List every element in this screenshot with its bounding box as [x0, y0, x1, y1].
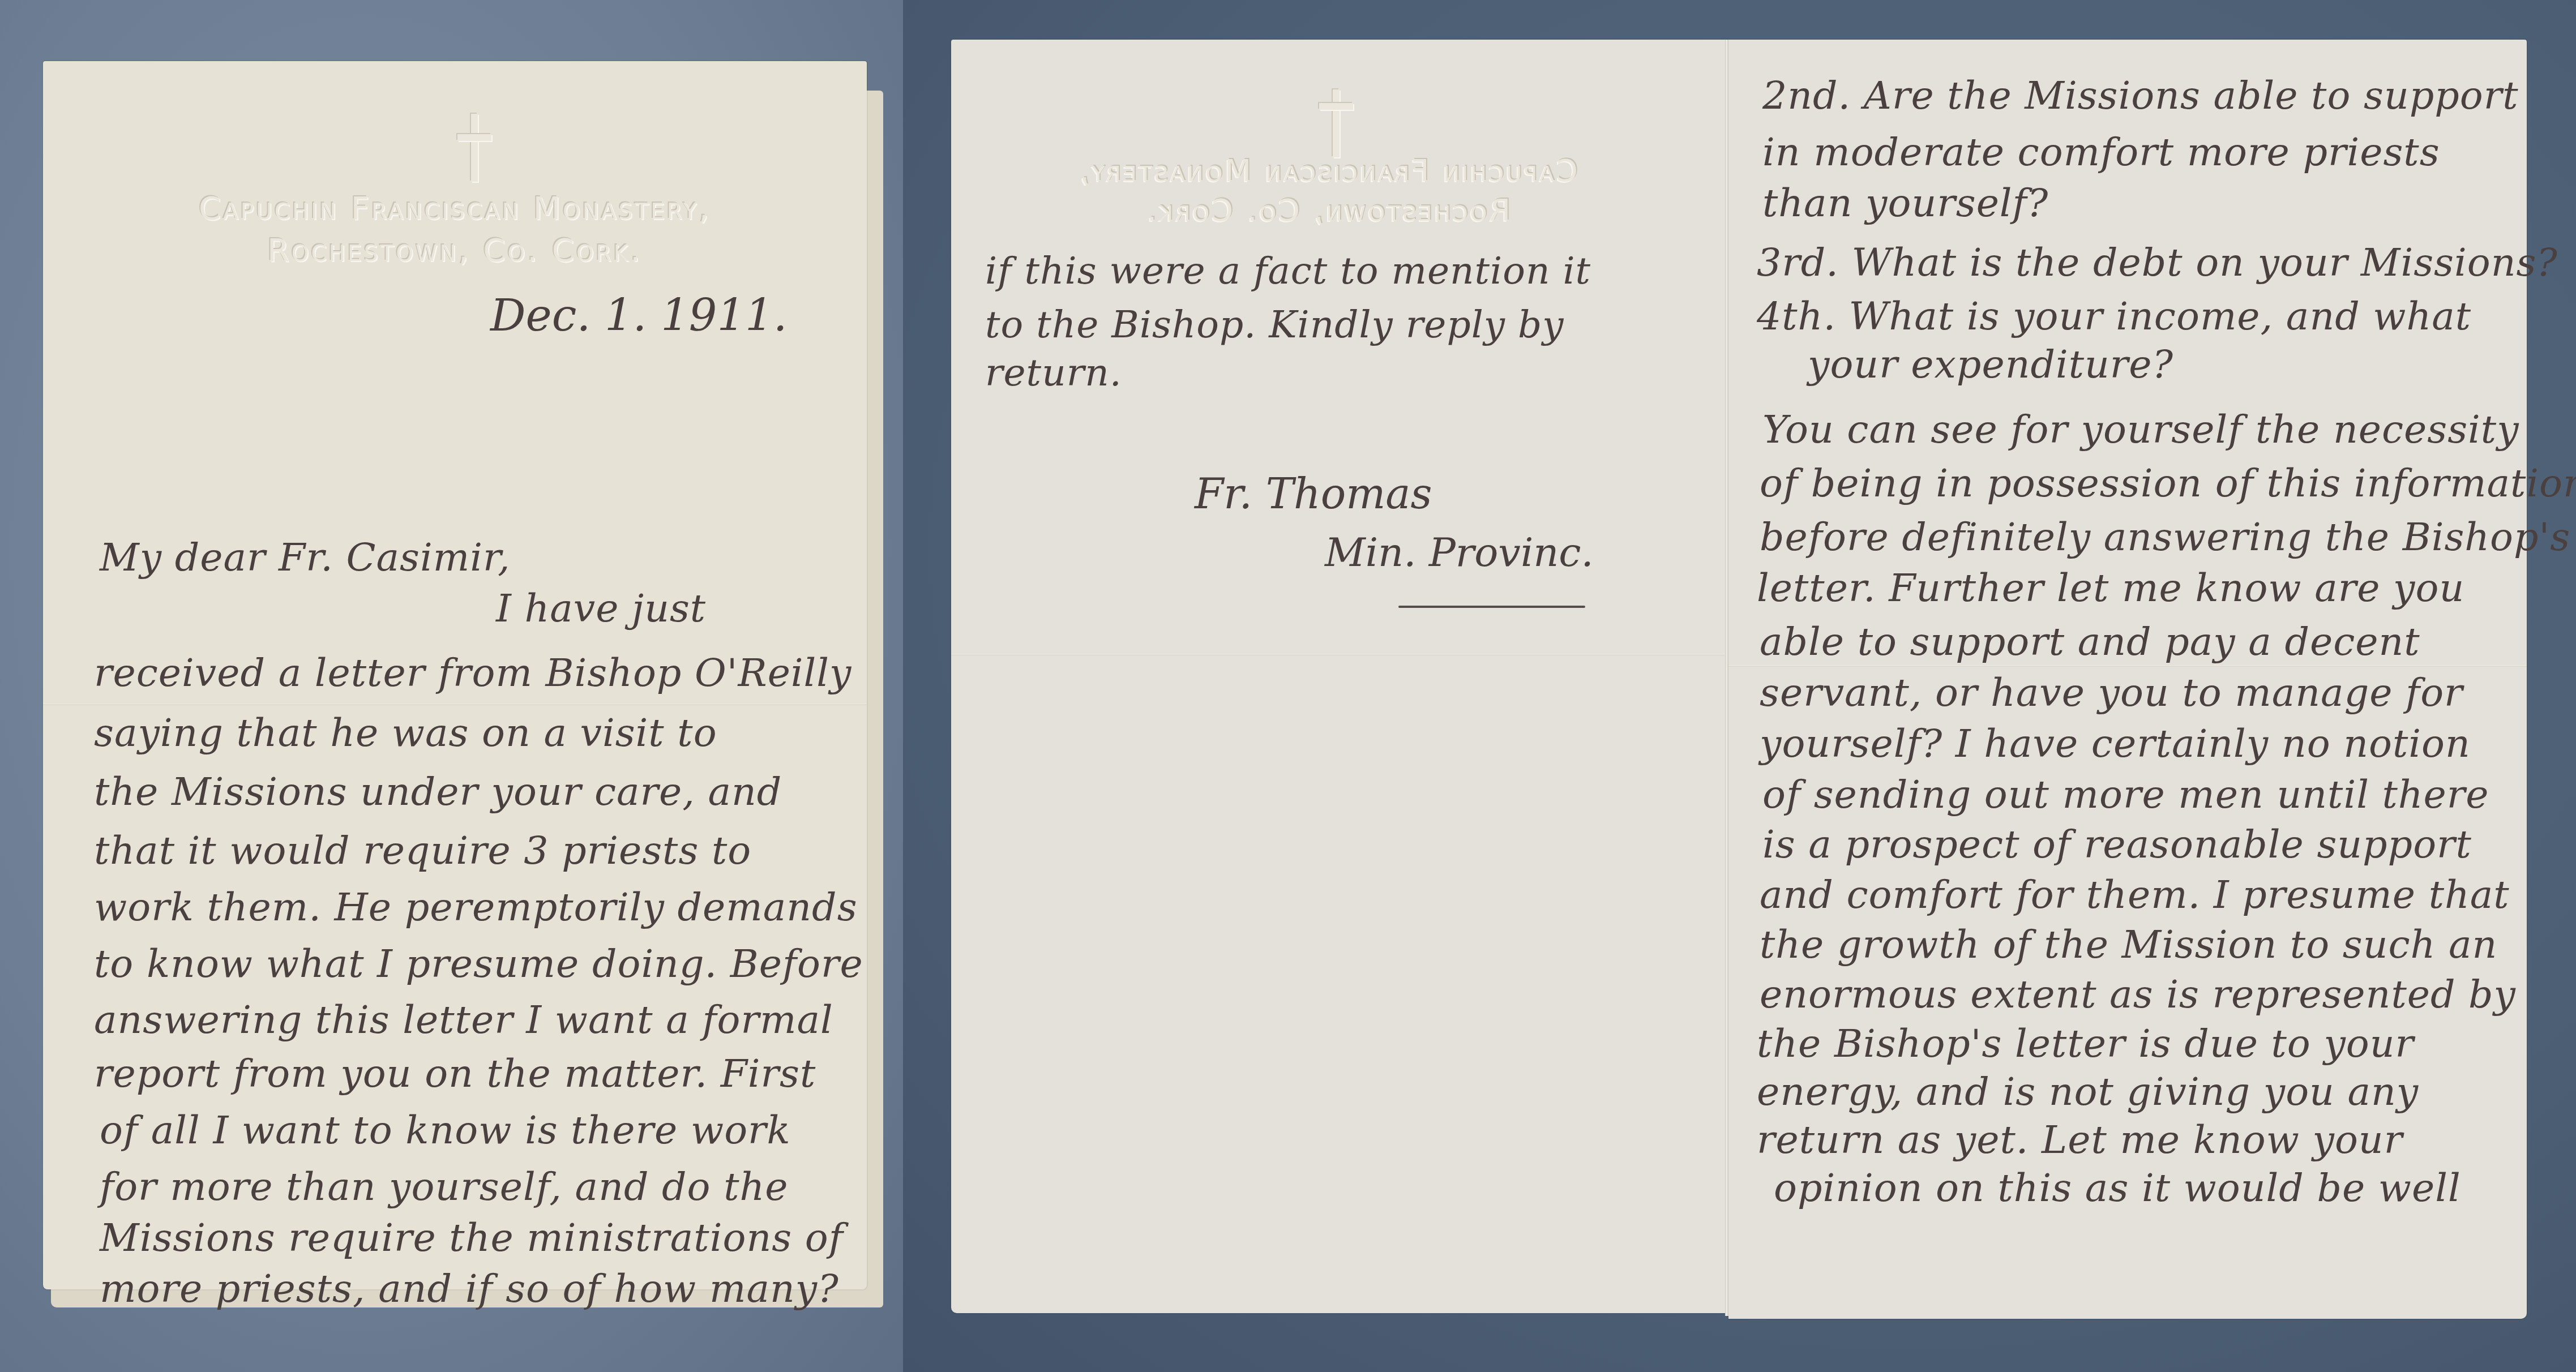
body-line: yourself? I have certainly no notion [1760, 722, 2471, 766]
body-line: more priests, and if so of how many? [100, 1267, 839, 1311]
paper-fold [1728, 665, 2527, 667]
cross-icon [1313, 89, 1359, 157]
signature-name: Fr. Thomas [1195, 470, 1432, 518]
body-line: is a prospect of reasonable support [1762, 822, 2472, 867]
body-line: to know what I presume doing. Before [94, 942, 863, 987]
body-line: energy, and is not giving you any [1757, 1070, 2419, 1114]
letterhead-line1: Capuchin Franciscan Monastery, [43, 190, 867, 227]
letter-page-one: Capuchin Franciscan Monastery, Rochestow… [43, 61, 867, 1289]
body-line: saying that he was on a visit to [94, 711, 717, 756]
body-line: Missions require the ministrations of [100, 1216, 844, 1260]
body-line: answering this letter I want a formal [94, 998, 833, 1043]
signature-title: Min. Provinc. [1325, 529, 1594, 576]
body-line: the Missions under your care, and [94, 770, 782, 814]
body-line: able to support and pay a decent [1760, 620, 2420, 664]
body-line: if this were a fact to mention it [985, 249, 1591, 293]
letterhead-mirrored-line2: Rochestown, Co. Cork. [985, 192, 1670, 228]
body-line: opinion on this as it would be well [1774, 1166, 2461, 1211]
body-line: 3rd. What is the debt on your Missions? [1757, 241, 2558, 285]
cross-icon [452, 114, 497, 182]
photo-pages-two-three: Capuchin Franciscan Monastery, Rochestow… [903, 0, 2576, 1372]
body-line: servant, or have you to manage for [1760, 671, 2463, 715]
salutation: My dear Fr. Casimir, [100, 535, 511, 580]
body-line: 4th. What is your income, and what [1757, 294, 2471, 339]
photo-page-one: Capuchin Franciscan Monastery, Rochestow… [0, 0, 903, 1372]
letterhead-line2: Rochestown, Co. Cork. [43, 232, 867, 269]
signature-flourish [1398, 606, 1585, 608]
body-line: return as yet. Let me know your [1757, 1118, 2403, 1163]
body-line: your expenditure? [1808, 342, 2173, 387]
body-line: the growth of the Mission to such an [1760, 923, 2497, 967]
body-line: You can see for yourself the necessity [1762, 408, 2519, 452]
body-line: the Bishop's letter is due to your [1757, 1022, 2414, 1066]
body-line: I have just [496, 586, 706, 631]
body-line: and comfort for them. I presume that [1760, 873, 2510, 917]
body-line: enormous extent as is represented by [1760, 972, 2516, 1017]
letter-date: Dec. 1. 1911. [490, 290, 787, 341]
letterhead-mirrored-line1: Capuchin Franciscan Monastery, [985, 153, 1670, 188]
body-line: of all I want to know is there work [100, 1108, 791, 1153]
body-line: received a letter from Bishop O'Reilly [94, 651, 852, 696]
letter-page-three: 2nd. Are the Missions able to support in… [1728, 40, 2527, 1319]
body-line: report from you on the matter. First [94, 1052, 816, 1096]
paper-fold [951, 654, 1727, 655]
body-line: in moderate comfort more priests [1762, 130, 2440, 175]
body-line: of sending out more men until there [1762, 773, 2489, 817]
paper-fold [43, 704, 867, 705]
body-line: to the Bishop. Kindly reply by [985, 303, 1564, 346]
letter-page-two: Capuchin Franciscan Monastery, Rochestow… [951, 40, 1727, 1313]
body-line: that it would require 3 priests to [94, 829, 751, 873]
body-line: of being in possession of this informati… [1760, 461, 2576, 506]
body-line: before definitely answering the Bishop's [1760, 515, 2570, 560]
body-line: than yourself? [1762, 181, 2048, 226]
body-line: letter. Further let me know are you [1757, 566, 2464, 611]
body-line: return. [985, 351, 1122, 395]
body-line: 2nd. Are the Missions able to support [1762, 74, 2519, 118]
body-line: for more than yourself, and do the [100, 1165, 789, 1210]
body-line: work them. He peremptorily demands [94, 885, 858, 930]
